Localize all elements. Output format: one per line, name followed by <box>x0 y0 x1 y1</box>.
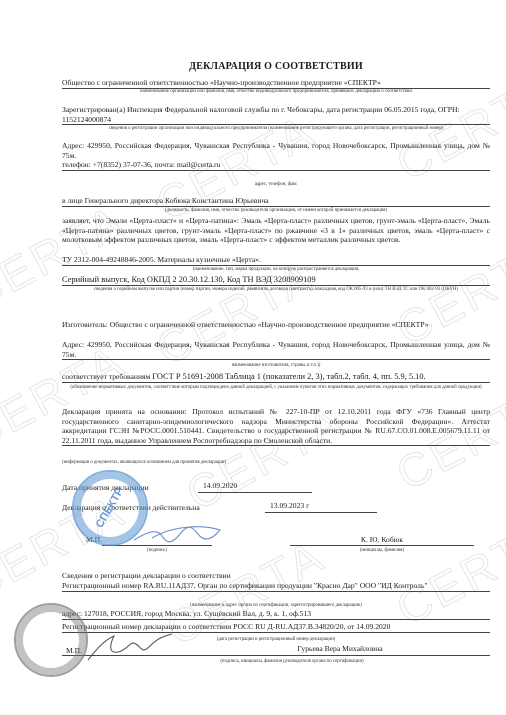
product-serial-hint: сведения о серийном выпуске или партии (… <box>62 287 490 293</box>
product-statement: заявляет, что Эмали «Церта-пласт» и «Цер… <box>62 216 490 245</box>
applicant-name: Общество с ограниченной ответственностью… <box>62 78 490 89</box>
certification-body-stamp <box>14 603 88 677</box>
registration-address: адрес: 127018, РОССИЯ, город Москва, ул.… <box>62 609 490 620</box>
accepted-date-value: 14.09.2020 <box>203 481 237 491</box>
standards-hint: (обозначение нормативных документов, соо… <box>62 385 490 391</box>
applicant-phone: телефон: +7(8352) 37-07-36, почта: mail@… <box>62 160 490 171</box>
accepted-date-line <box>198 492 312 493</box>
manufacturer-address: Адрес: 429950, Российская Федерация, Чув… <box>62 340 490 360</box>
standards-prefix: соответствует требованиям <box>62 372 150 381</box>
registration-signature-icon <box>84 630 174 664</box>
registration-body: Регистрационный номер RA.RU.11АД37, Орга… <box>62 581 490 592</box>
valid-date-line <box>265 512 377 513</box>
signer-name: К. Ю. Кобюк <box>290 535 474 545</box>
valid-date-value: 13.09.2023 г <box>270 501 309 511</box>
standards-line: соответствует требованиям ГОСТ Р 51691-2… <box>62 372 490 383</box>
applicant-address: Адрес: 429950, Российская Федерация, Чув… <box>62 141 490 160</box>
applicant-representative-hint: (должность, фамилия, имя, отчество руков… <box>62 208 490 214</box>
product-spec-hint: (наименование, тип, марка продукции, на … <box>62 267 490 273</box>
registration-head-name: Гурьева Вера Михайловна <box>190 644 490 654</box>
signature-icon <box>132 522 222 548</box>
basis-hint: (информация о документах, являющихся осн… <box>62 460 490 466</box>
product-spec: ТУ 2312-004-49248846-2005. Материалы куз… <box>62 255 490 266</box>
basis-text: Декларация принята на основании: Протоко… <box>62 407 490 446</box>
declaration-page: CERTA CERTA CERTA CERTA CERTA CERTA CERT… <box>0 0 506 715</box>
applicant-address-hint: адрес, телефон, факс <box>62 182 490 188</box>
applicant-representative: в лице Генерального директора Кобюка Кон… <box>62 196 490 207</box>
product-serial: Серийный выпуск, Код ОКПД 2 20.30.12.130… <box>62 275 490 286</box>
applicant-registration: Зарегистрирован(а) Инспекция Федеральной… <box>62 105 490 125</box>
applicant-registration-hint: сведения о регистрации организации или и… <box>62 126 490 132</box>
applicant-name-hint: наименование организации или фамилия, им… <box>62 89 490 95</box>
registration-head-hint: (подпись, инициалы, фамилия руководителя… <box>142 659 442 665</box>
name-line <box>290 545 474 546</box>
company-stamp: СПЕКТР <box>72 470 148 546</box>
standards-text: ГОСТ Р 51691-2008 Таблица 1 (показатели … <box>152 372 425 381</box>
registration-heading: Сведения о регистрации декларации о соот… <box>62 571 490 581</box>
manufacturer-text: Изготовитель: Общество с ограниченной от… <box>62 320 490 330</box>
document-title: ДЕКЛАРАЦИЯ О СООТВЕТСТВИИ <box>62 61 490 72</box>
signer-name-hint: (инициалы, фамилия) <box>290 548 474 554</box>
manufacturer-hint: наименование изготовителя, страны и т.п.… <box>62 363 490 369</box>
